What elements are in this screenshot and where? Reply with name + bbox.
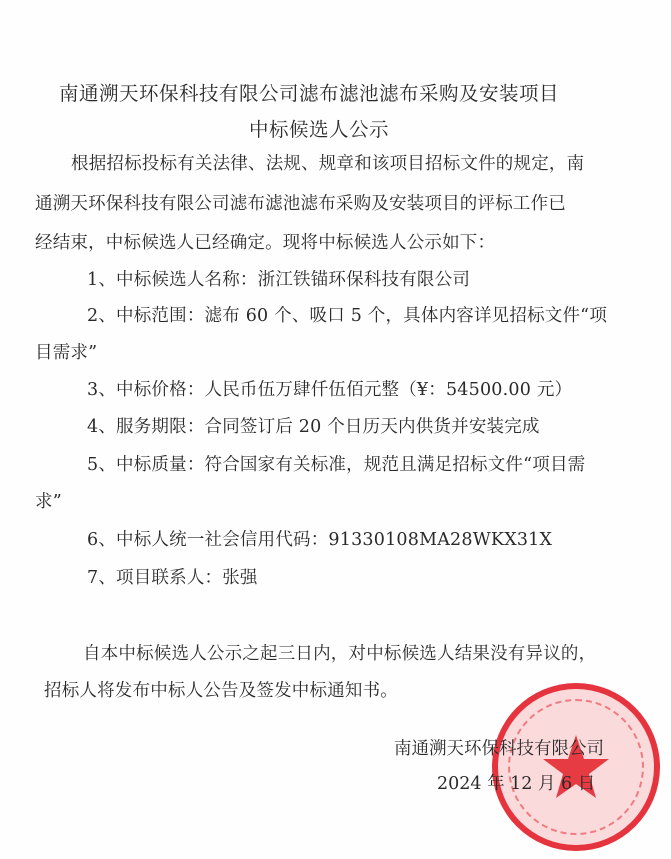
- item-scope: 2、中标范围：滤布 60 个、吸口 5 个，具体内容详见招标文件“项: [87, 302, 607, 327]
- item-quality-cont: 求”: [35, 488, 62, 513]
- item-quality: 5、中标质量：符合国家有关标准，规范且满足招标文件“项目需: [87, 451, 585, 476]
- signature-company: 南通溯天环保科技有限公司: [394, 735, 604, 760]
- closing-line-2: 招标人将发布中标人公告及签发中标通知书。: [44, 677, 398, 702]
- document-title-line1: 南通溯天环保科技有限公司滤布滤池滤布采购及安装项目: [59, 78, 559, 106]
- intro-line-2: 通溯天环保科技有限公司滤布滤池滤布采购及安装项目的评标工作已: [35, 190, 566, 215]
- closing-line-1: 自本中标候选人公示之起三日内，对中标候选人结果没有异议的，: [83, 640, 596, 665]
- star-icon: [498, 689, 654, 845]
- item-credit-code: 6、中标人统一社会信用代码：91330108MA28WKX31X: [87, 526, 552, 551]
- document-title-line2: 中标候选人公示: [249, 114, 389, 142]
- item-price: 3、中标价格：人民币伍万肆仟伍佰元整（¥：54500.00 元）: [87, 376, 572, 401]
- item-scope-cont: 目需求”: [35, 339, 97, 364]
- company-seal-stamp: [492, 683, 660, 851]
- intro-line-3: 经结束，中标候选人已经确定。现将中标候选人公示如下：: [35, 229, 495, 254]
- item-candidate-name: 1、中标候选人名称：浙江铁锚环保科技有限公司: [87, 266, 470, 291]
- item-contact: 7、项目联系人：张强: [87, 564, 258, 589]
- item-service-period: 4、服务期限：合同签订后 20 个日历天内供货并安装完成: [87, 413, 540, 438]
- intro-line-1: 根据招标投标有关法律、法规、规章和该项目招标文件的规定，南: [71, 150, 584, 175]
- announcement-document: 南通溯天环保科技有限公司滤布滤池滤布采购及安装项目 中标候选人公示 根据招标投标…: [0, 0, 671, 859]
- signature-date: 2024 年 12 月 6 日: [437, 770, 595, 795]
